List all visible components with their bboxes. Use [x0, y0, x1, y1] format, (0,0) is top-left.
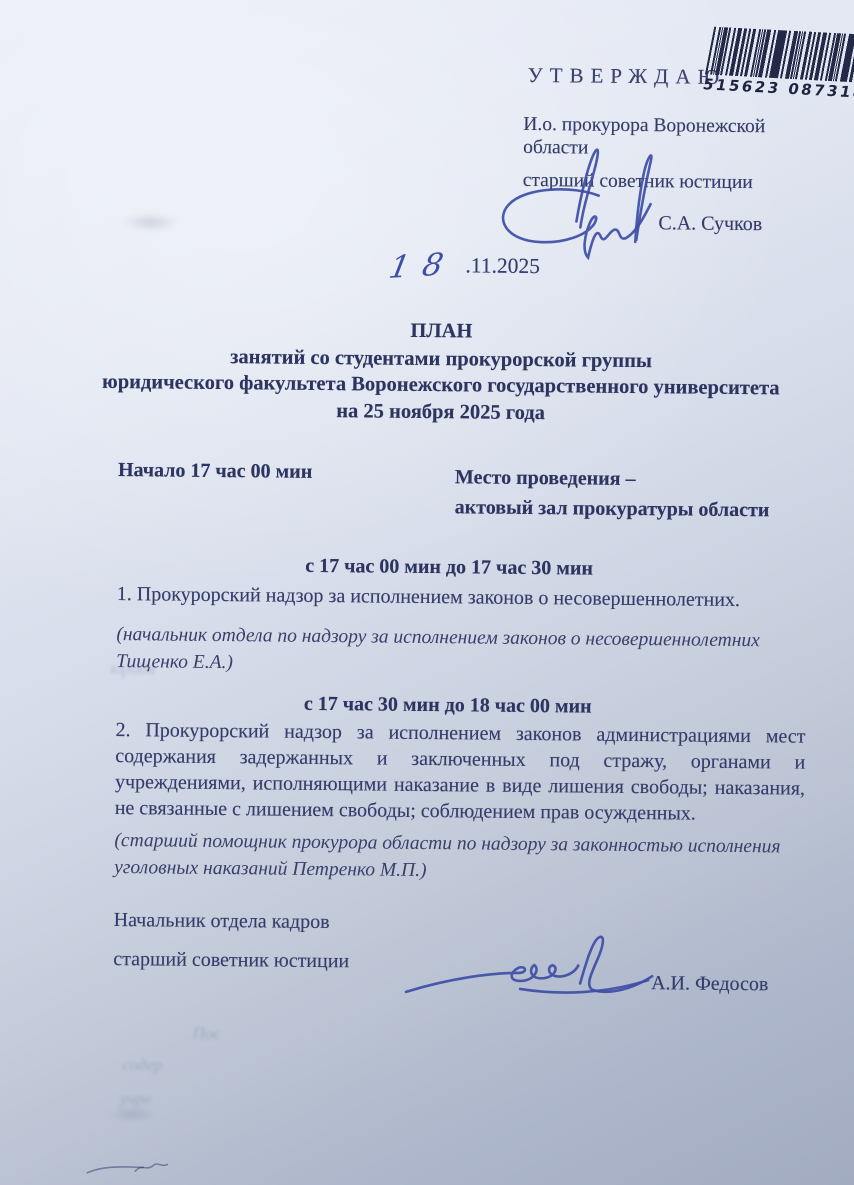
page-content: УТВЕРЖДАЮ 515623 087318 И.о. прокурора В…	[0, 0, 854, 1185]
session2-speaker-note: (старший помощник прокурора области по н…	[114, 827, 806, 888]
start-time: Начало 17 час 00 мин	[118, 459, 312, 484]
document-title: ПЛАН занятий со студентами прокурорской …	[75, 315, 806, 429]
signature-fedosov	[400, 930, 661, 1010]
barcode: 515623 087318	[700, 27, 854, 107]
session2-topic: 2. Прокурорский надзор за исполнением за…	[115, 717, 806, 828]
document-page: УТВЕРЖДАЮ 515623 087318 И.о. прокурора В…	[0, 0, 854, 1185]
venue: Место проведения – актовый зал прокурату…	[455, 462, 816, 525]
bleed-through-text: юродя	[110, 659, 155, 679]
venue-line1: Место проведения –	[455, 466, 636, 490]
session2-time-range: с 17 час 30 мин до 18 час 00 мин	[58, 690, 838, 720]
bleed-through-text: содер	[122, 1055, 162, 1075]
barcode-bars-icon	[705, 27, 854, 84]
session1-topic: 1. Прокурорский надзор за исполнением за…	[117, 581, 807, 614]
approver-name: С.А. Сучков	[658, 212, 762, 236]
approval-stamp: УТВЕРЖДАЮ	[528, 63, 727, 90]
handwritten-day: 18	[386, 246, 459, 286]
date-month-year: .11.2025	[465, 253, 540, 278]
signoff-name: А.И. Федосов	[651, 972, 769, 996]
session1-time-range: с 17 час 00 мин до 17 час 30 мин	[59, 552, 839, 582]
bleed-through-text: Пос	[193, 1024, 222, 1044]
signoff-role-line2: старший советник юстиции	[113, 948, 349, 973]
ink-bleed-scribble	[85, 1155, 175, 1180]
signoff-role-line1: Начальник отдела кадров	[114, 909, 330, 934]
session1-speaker-note: (начальник отдела по надзору за исполнен…	[116, 621, 808, 682]
venue-line2: актовый зал прокуратуры области	[455, 496, 770, 521]
approver-role-line1: И.о. прокурора Воронежской	[523, 114, 765, 137]
ink-bleed-smudge	[110, 209, 190, 236]
approval-date: 18 .11.2025	[390, 248, 540, 285]
ink-bleed-smudge	[98, 1103, 168, 1126]
